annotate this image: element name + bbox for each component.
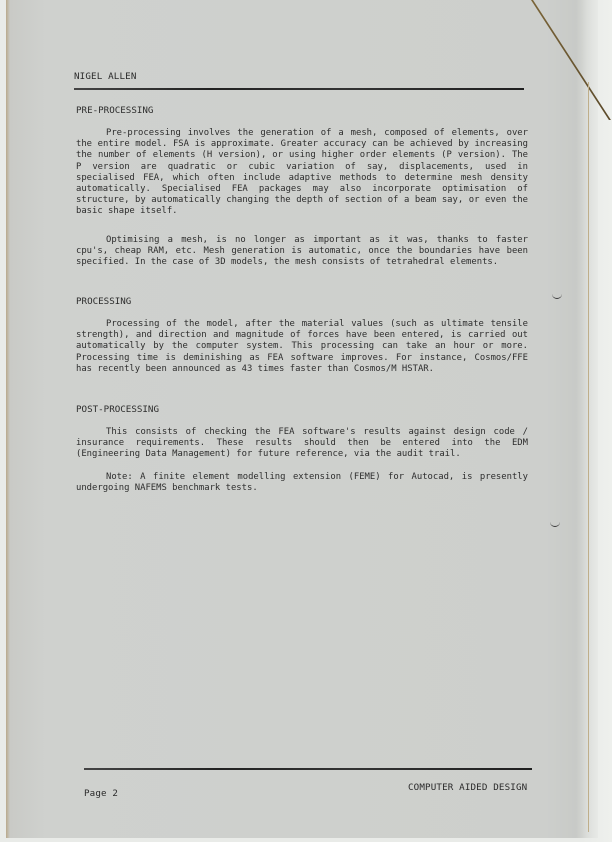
page-edge-shadow — [582, 0, 612, 842]
paragraph-text: Note: A finite element modelling extensi… — [76, 472, 528, 494]
footer-title: COMPUTER AIDED DESIGN — [408, 782, 527, 793]
section-pre-processing-para-1: Pre-processing involves the generation o… — [76, 128, 528, 218]
paragraph-text: Pre-processing involves the generation o… — [76, 128, 528, 218]
section-post-processing-para-2: Note: A finite element modelling extensi… — [76, 472, 528, 494]
paragraph-text: Optimising a mesh, is no longer as impor… — [76, 235, 528, 269]
paragraph-text: Processing of the model, after the mater… — [76, 319, 528, 375]
paragraph-text: This consists of checking the FEA softwa… — [76, 427, 528, 461]
section-processing-para-1: Processing of the model, after the mater… — [76, 319, 528, 375]
section-heading-post-processing: POST-PROCESSING — [76, 404, 159, 415]
header-author: NIGEL ALLEN — [74, 71, 137, 82]
section-heading-pre-processing: PRE-PROCESSING — [76, 105, 153, 116]
section-post-processing-para-1: This consists of checking the FEA softwa… — [76, 427, 528, 461]
section-heading-processing: PROCESSING — [76, 296, 131, 307]
footer-rule — [84, 768, 532, 770]
header-rule — [74, 88, 524, 90]
section-pre-processing-para-2: Optimising a mesh, is no longer as impor… — [76, 235, 528, 269]
page-edge-line — [588, 82, 589, 832]
footer-page-number: Page 2 — [84, 788, 118, 799]
document-page — [6, 0, 598, 838]
